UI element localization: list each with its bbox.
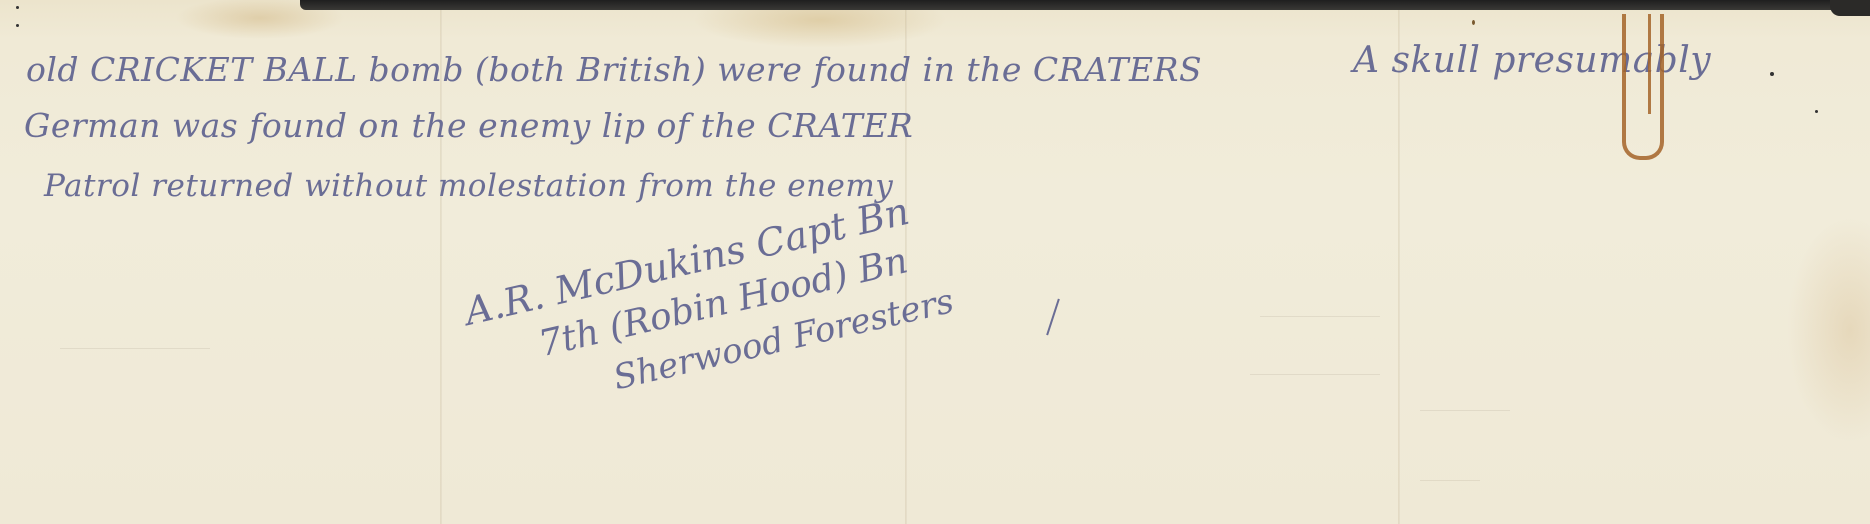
report-text-line-2: German was found on the enemy lip of the… [24,106,913,145]
document-page: old CRICKET BALL bomb (both British) wer… [0,0,1870,524]
ink-speck [16,6,19,9]
faint-form-rule [1250,374,1380,375]
paperclip-rust-stain-inner [1648,14,1651,114]
ink-speck [16,24,19,27]
faint-form-rule [1420,480,1480,481]
paper-fold-line [1398,10,1400,524]
faint-form-rule [60,348,210,349]
trailing-pen-mark [1046,299,1060,336]
ink-speck [1815,110,1818,113]
scan-border-top [300,0,1870,10]
faint-form-rule [1420,410,1510,411]
ink-speck [1472,20,1475,25]
paperclip-rust-stain-icon [1622,14,1664,160]
report-text-line-1: old CRICKET BALL bomb (both British) wer… [26,50,1202,89]
ink-speck [1770,72,1774,76]
faint-form-rule [1260,316,1380,317]
scan-border-corner [1830,0,1870,16]
